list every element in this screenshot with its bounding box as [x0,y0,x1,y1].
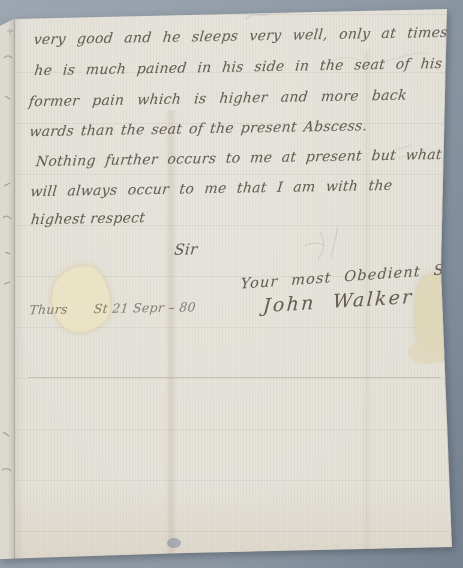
closing-line: Your most Obedient S [240,261,445,293]
letter-line-5: Nothing further occurs to me at present … [35,146,443,171]
letter-line-1: very good and he sleeps very well, only … [33,24,449,49]
letter-line-3: former pain which is higher and more bac… [28,87,408,112]
letter-line-6: will always occur to me that I am with t… [29,177,393,201]
handwriting-layer: very good and he sleeps very well, only … [0,0,463,568]
manuscript-scan-mount: very good and he sleeps very well, only … [0,0,463,568]
paper-shadow-wrap: very good and he sleeps very well, only … [0,0,463,568]
letter-page: very good and he sleeps very well, only … [0,0,463,568]
dateline: Thurs St 21 Sepr – 80 [29,298,197,319]
letter-line-2: he is much pained in his side in the sea… [33,55,443,80]
letter-line-4: wards than the seat of the present Absce… [28,117,368,141]
letter-line-7: highest respect [30,209,146,229]
dateline-date: St 21 Sepr – 80 [93,298,197,318]
dateline-place: Thurs [29,301,69,320]
signature: John Walker [262,288,414,315]
salutation: Sir [173,240,198,258]
